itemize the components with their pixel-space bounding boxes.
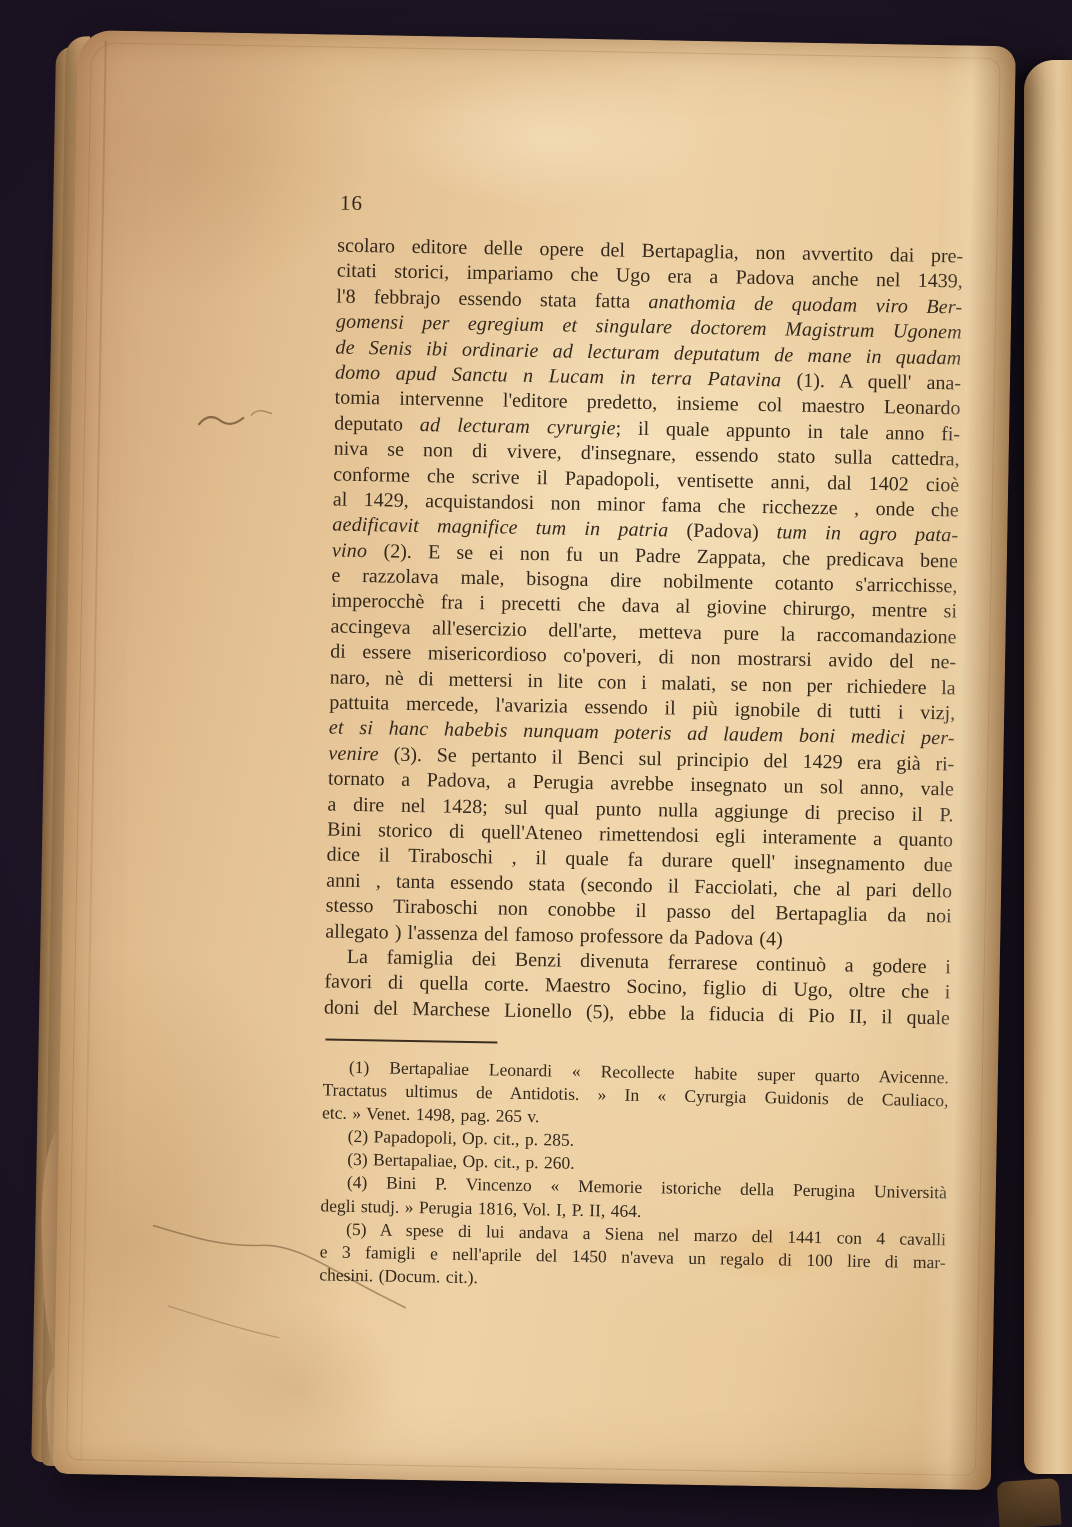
next-page-edge bbox=[1024, 60, 1072, 1474]
paper-highlight bbox=[375, 65, 717, 211]
book-page: 16 scolaro editore delle opere del Berta… bbox=[53, 30, 1016, 1490]
page-crease bbox=[80, 40, 107, 1460]
photo-background: 16 scolaro editore delle opere del Berta… bbox=[0, 0, 1072, 1527]
paper-stain bbox=[193, 1302, 406, 1476]
page-number: 16 bbox=[340, 191, 363, 216]
footnote-separator bbox=[325, 1038, 497, 1043]
handwritten-mark bbox=[249, 407, 273, 419]
book-cover-edge bbox=[996, 1478, 1061, 1527]
footnotes: (1) Bertapaliae Leonardi « Recollecte ha… bbox=[319, 1055, 949, 1297]
body-text: scolaro editore delle opere del Bertapag… bbox=[324, 234, 964, 1032]
text-column: 16 scolaro editore delle opere del Berta… bbox=[341, 35, 967, 46]
handwritten-mark bbox=[197, 412, 245, 431]
